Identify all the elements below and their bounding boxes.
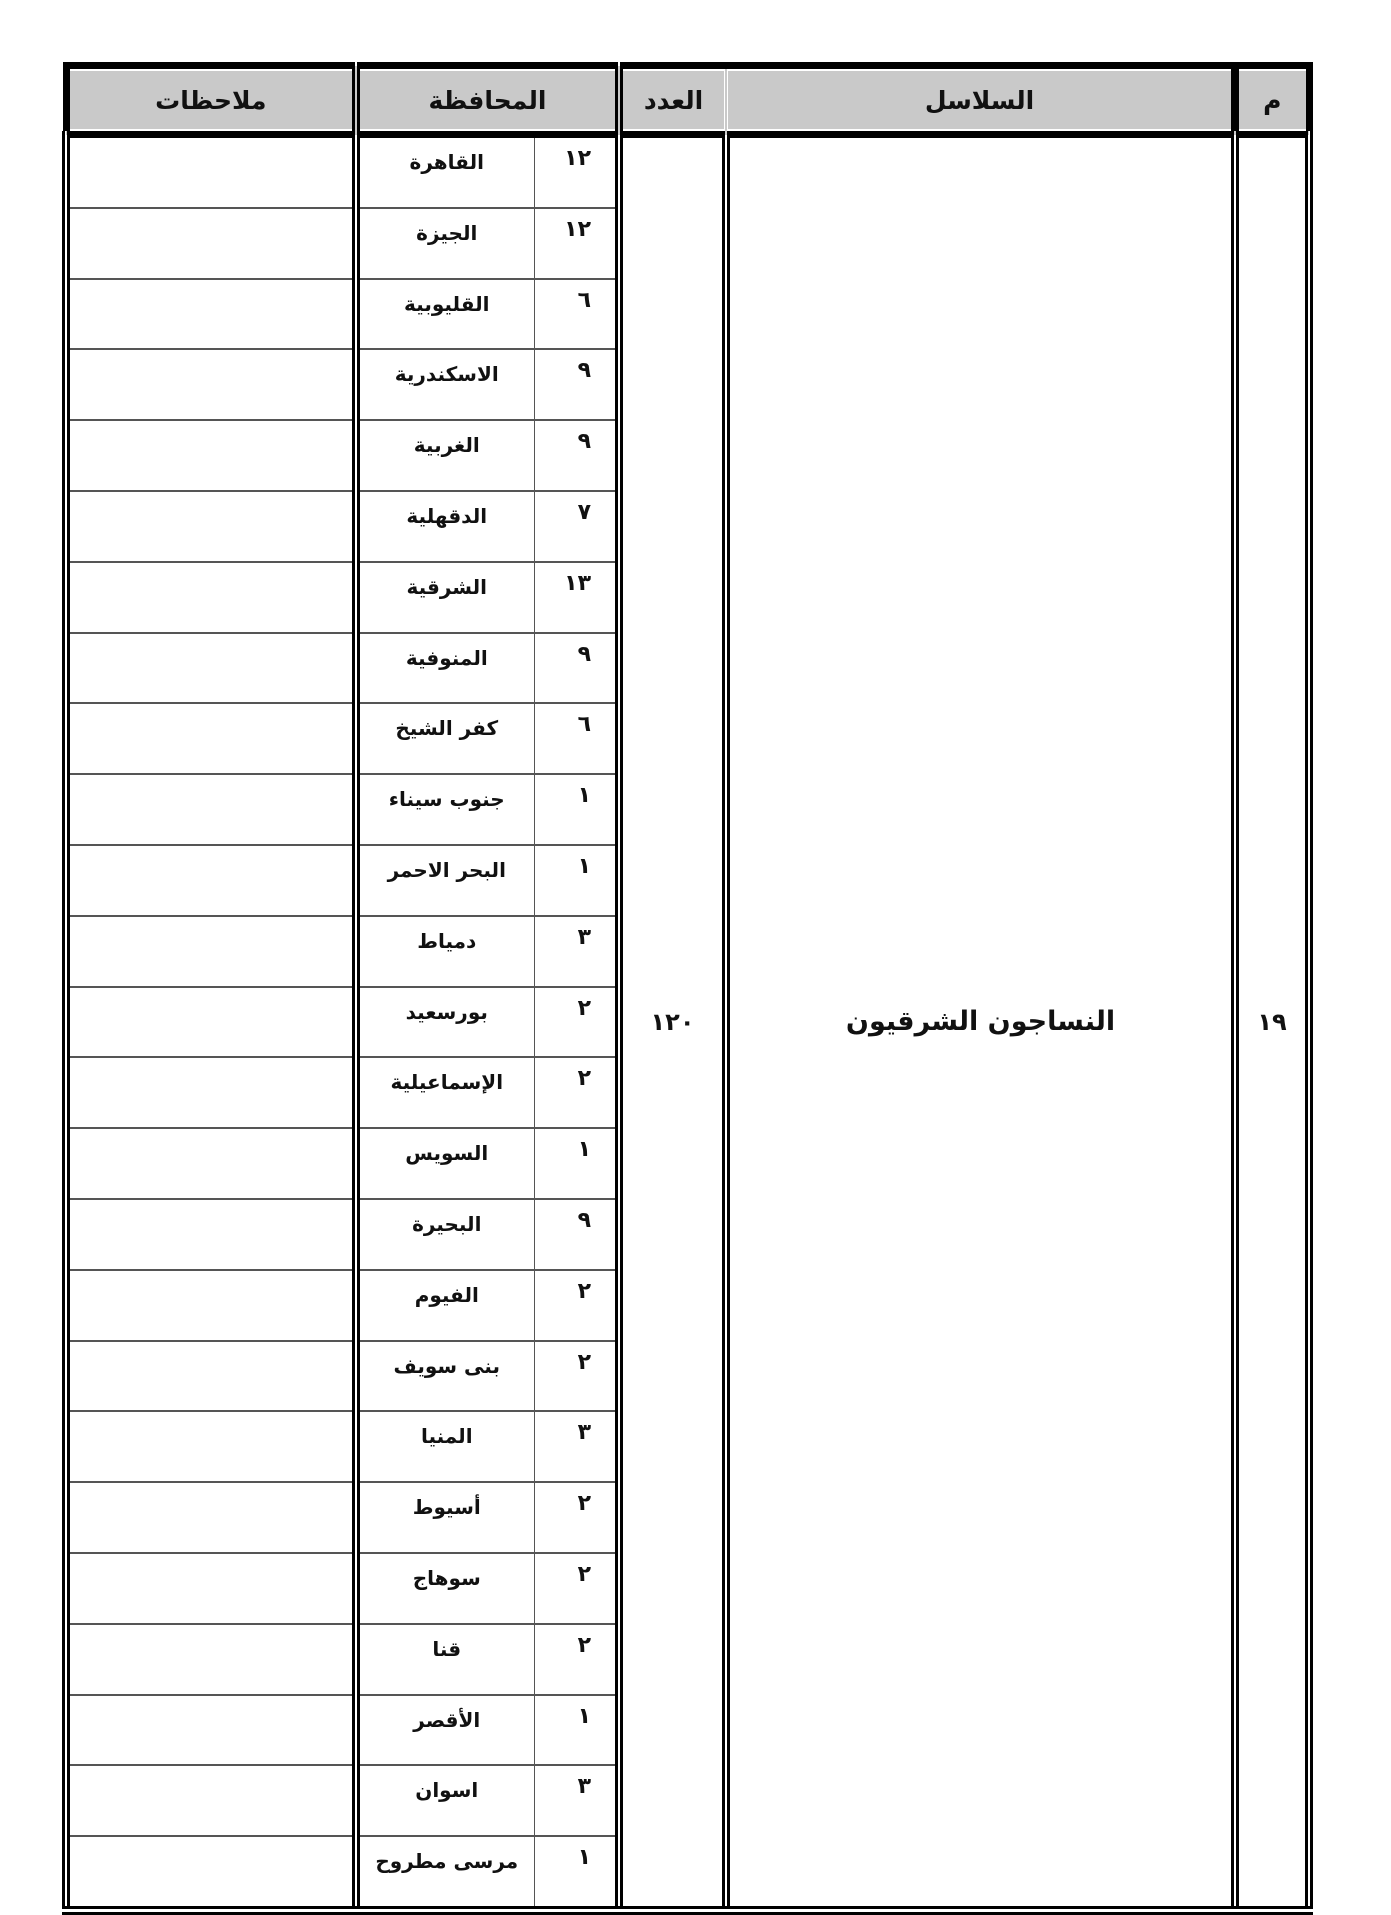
governorate-name: الجيزة [356, 208, 534, 279]
governorate-number: ١٢ [534, 135, 619, 208]
governorate-name: سوهاج [356, 1553, 534, 1624]
governorate-name: قنا [356, 1624, 534, 1695]
distribution-sheet: ملاحظات المحافظة العدد السلاسل م القاهرة… [62, 62, 1312, 1915]
notes-cell[interactable] [66, 703, 356, 774]
distribution-table: ملاحظات المحافظة العدد السلاسل م القاهرة… [62, 62, 1313, 1915]
governorate-name: كفر الشيخ [356, 703, 534, 774]
header-count: العدد [619, 66, 726, 135]
notes-cell[interactable] [66, 349, 356, 420]
governorate-number: ١ [534, 1836, 619, 1910]
notes-cell[interactable] [66, 491, 356, 562]
governorate-number: ٣ [534, 1765, 619, 1836]
header-notes: ملاحظات [66, 66, 356, 135]
governorate-number: ٢ [534, 1270, 619, 1341]
header-row: ملاحظات المحافظة العدد السلاسل م [66, 66, 1309, 135]
count-cell: ١٢٠ [619, 135, 726, 1911]
governorate-name: الشرقية [356, 562, 534, 633]
governorate-number: ٩ [534, 349, 619, 420]
governorate-number: ١ [534, 1128, 619, 1199]
notes-cell[interactable] [66, 1695, 356, 1766]
governorate-name: القاهرة [356, 135, 534, 208]
governorate-name: بنى سويف [356, 1341, 534, 1412]
notes-cell[interactable] [66, 1199, 356, 1270]
notes-cell[interactable] [66, 1482, 356, 1553]
table-body: القاهرة١٢١٢٠النساجون الشرقيون١٩الجيزة١٢ا… [66, 135, 1309, 1911]
governorate-number: ٩ [534, 420, 619, 491]
table-row: القاهرة١٢١٢٠النساجون الشرقيون١٩ [66, 135, 1309, 208]
governorate-name: الاسكندرية [356, 349, 534, 420]
governorate-number: ٢ [534, 1341, 619, 1412]
governorate-name: المنوفية [356, 633, 534, 704]
governorate-number: ٢ [534, 1057, 619, 1128]
governorate-number: ١ [534, 1695, 619, 1766]
notes-cell[interactable] [66, 774, 356, 845]
notes-cell[interactable] [66, 1057, 356, 1128]
notes-cell[interactable] [66, 987, 356, 1058]
governorate-number: ٢ [534, 1624, 619, 1695]
governorate-number: ٩ [534, 633, 619, 704]
notes-cell[interactable] [66, 562, 356, 633]
notes-cell[interactable] [66, 916, 356, 987]
governorate-name: الإسماعيلية [356, 1057, 534, 1128]
governorate-name: جنوب سيناء [356, 774, 534, 845]
governorate-number: ٣ [534, 916, 619, 987]
governorate-number: ٩ [534, 1199, 619, 1270]
header-index: م [1235, 66, 1309, 135]
governorate-name: الغربية [356, 420, 534, 491]
governorate-number: ١٣ [534, 562, 619, 633]
governorate-number: ٦ [534, 279, 619, 350]
notes-cell[interactable] [66, 1411, 356, 1482]
governorate-number: ٧ [534, 491, 619, 562]
governorate-name: أسيوط [356, 1482, 534, 1553]
governorate-number: ٢ [534, 1553, 619, 1624]
notes-cell[interactable] [66, 1128, 356, 1199]
notes-cell[interactable] [66, 279, 356, 350]
notes-cell[interactable] [66, 845, 356, 916]
governorate-name: السويس [356, 1128, 534, 1199]
governorate-name: البحر الاحمر [356, 845, 534, 916]
governorate-name: بورسعيد [356, 987, 534, 1058]
header-series: السلاسل [726, 66, 1235, 135]
governorate-name: الدقهلية [356, 491, 534, 562]
governorate-name: دمياط [356, 916, 534, 987]
notes-cell[interactable] [66, 135, 356, 208]
notes-cell[interactable] [66, 633, 356, 704]
governorate-name: الفيوم [356, 1270, 534, 1341]
series-name-cell: النساجون الشرقيون [726, 135, 1235, 1911]
governorate-name: اسوان [356, 1765, 534, 1836]
notes-cell[interactable] [66, 1836, 356, 1910]
governorate-number: ٢ [534, 1482, 619, 1553]
governorate-number: ٢ [534, 987, 619, 1058]
header-governorate: المحافظة [356, 66, 619, 135]
governorate-number: ١٢ [534, 208, 619, 279]
notes-cell[interactable] [66, 1624, 356, 1695]
governorate-number: ١ [534, 774, 619, 845]
notes-cell[interactable] [66, 420, 356, 491]
notes-cell[interactable] [66, 1553, 356, 1624]
governorate-number: ٣ [534, 1411, 619, 1482]
governorate-name: القليوبية [356, 279, 534, 350]
governorate-name: البحيرة [356, 1199, 534, 1270]
governorate-number: ١ [534, 845, 619, 916]
governorate-name: الأقصر [356, 1695, 534, 1766]
governorate-name: مرسى مطروح [356, 1836, 534, 1910]
governorate-name: المنيا [356, 1411, 534, 1482]
notes-cell[interactable] [66, 1341, 356, 1412]
notes-cell[interactable] [66, 1765, 356, 1836]
notes-cell[interactable] [66, 208, 356, 279]
index-cell: ١٩ [1235, 135, 1309, 1911]
governorate-number: ٦ [534, 703, 619, 774]
notes-cell[interactable] [66, 1270, 356, 1341]
